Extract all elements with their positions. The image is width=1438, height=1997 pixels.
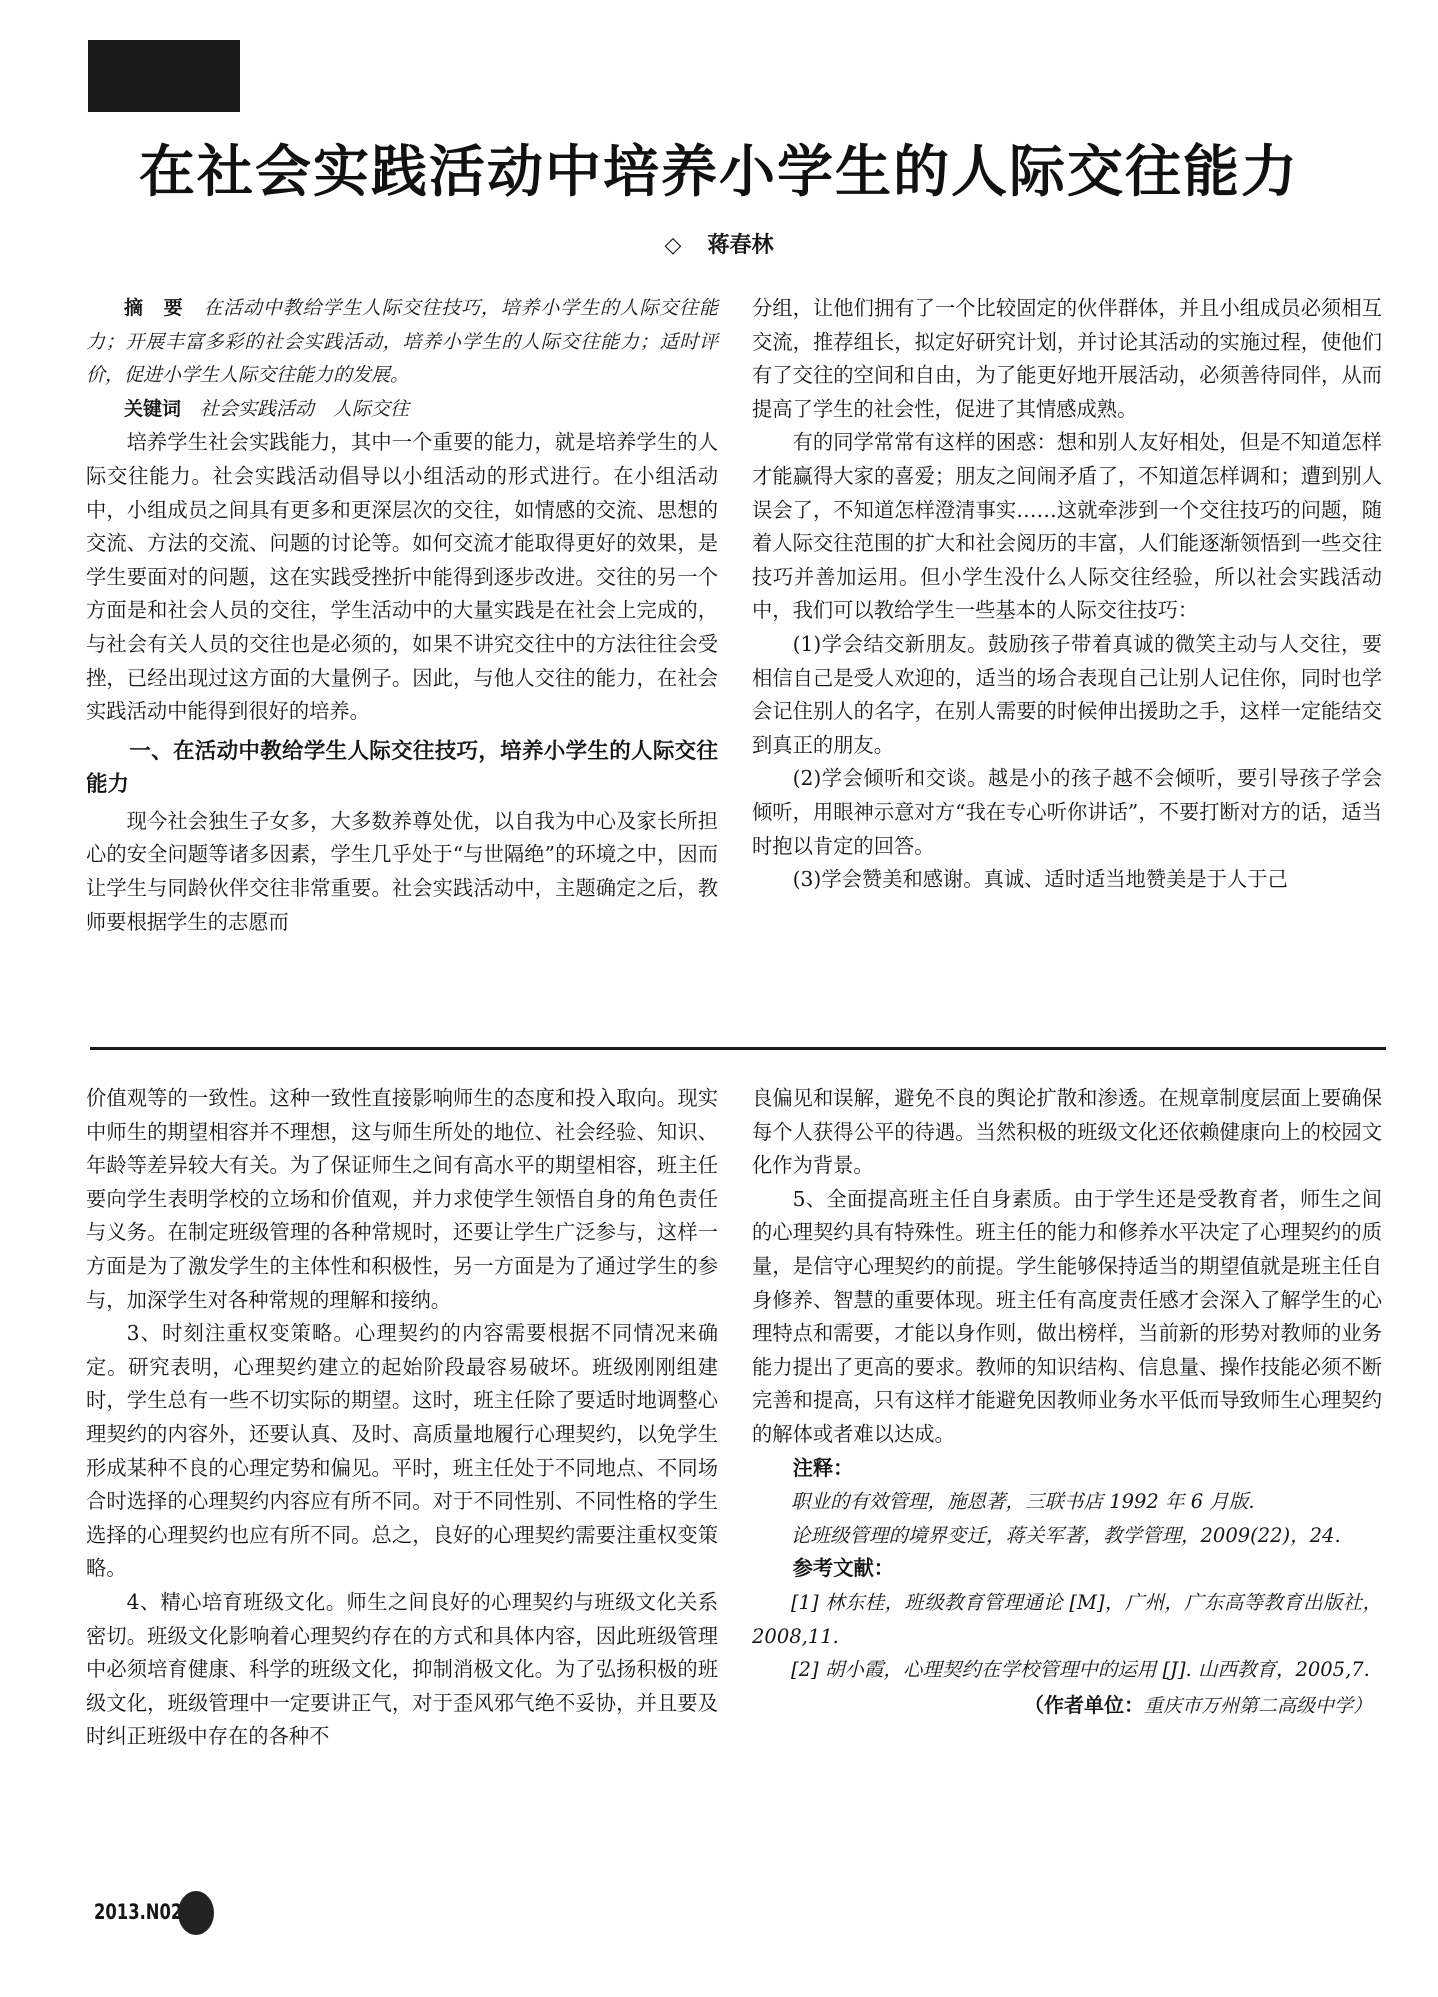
reference-item: [1] 林东桂，班级教育管理通论 [M]，广州，广东高等教育出版社，2008,1… — [752, 1586, 1382, 1653]
abstract: 摘 要 在活动中教给学生人际交往技巧，培养小学生的人际交往能力；开展丰富多彩的社… — [86, 292, 718, 393]
section1-paragraph: 现今社会独生子女多，大多数养尊处优，以自我为中心及家长所担心的安全问题等诸多因素… — [86, 805, 718, 939]
notes-label: 注释： — [752, 1452, 1382, 1486]
diamond-icon: ◇ — [665, 233, 682, 258]
keywords-text: 社会实践活动 人际交往 — [200, 398, 409, 420]
paragraph: 分组，让他们拥有了一个比较固定的伙伴群体，并且小组成员必须相互交流，推荐组长，拟… — [752, 292, 1382, 426]
paragraph: 3、时刻注重权变策略。心理契约的内容需要根据不同情况来确定。研究表明，心理契约建… — [86, 1317, 718, 1586]
references-label: 参考文献： — [752, 1552, 1382, 1586]
paragraph: 5、全面提高班主任自身素质。由于学生还是受教育者，师生之间的心理契约具有特殊性。… — [752, 1183, 1382, 1452]
section-heading-1: 一、在活动中教给学生人际交往技巧，培养小学生的人际交往能力 — [86, 735, 718, 801]
paragraph: (1)学会结交新朋友。鼓励孩子带着真诚的微笑主动与人交往，要相信自己是受人欢迎的… — [752, 628, 1382, 762]
author-line: ◇蒋春林 — [0, 228, 1438, 259]
column-bottom-right: 良偏见和误解，避免不良的舆论扩散和渗透。在规章制度层面上要确保每个人获得公平的待… — [752, 1082, 1382, 1723]
section-marker-block — [88, 40, 240, 112]
column-top-right: 分组，让他们拥有了一个比较固定的伙伴群体，并且小组成员必须相互交流，推荐组长，拟… — [752, 292, 1382, 897]
note-item: 职业的有效管理，施恩著，三联书店 1992 年 6 月版. — [752, 1485, 1382, 1519]
paragraph: (3)学会赞美和感谢。真诚、适时适当地赞美是于人于己 — [752, 863, 1382, 897]
author-name: 蒋春林 — [707, 233, 773, 258]
keywords: 关键词 社会实践活动 人际交往 — [86, 393, 718, 427]
page-number-dot — [178, 1891, 214, 1935]
paragraph: 4、精心培育班级文化。师生之间良好的心理契约与班级文化关系密切。班级文化影响着心… — [86, 1586, 718, 1754]
intro-paragraph: 培养学生社会实践能力，其中一个重要的能力，就是培养学生的人际交往能力。社会实践活… — [86, 426, 718, 728]
abstract-label: 摘 要 — [124, 297, 183, 319]
column-bottom-left: 价值观等的一致性。这种一致性直接影响师生的态度和投入取向。现实中师生的期望相容并… — [86, 1082, 718, 1754]
paragraph: (2)学会倾听和交谈。越是小的孩子越不会倾听，要引导孩子学会倾听，用眼神示意对方… — [752, 762, 1382, 863]
paragraph: 价值观等的一致性。这种一致性直接影响师生的态度和投入取向。现实中师生的期望相容并… — [86, 1082, 718, 1317]
paragraph: 良偏见和误解，避免不良的舆论扩散和渗透。在规章制度层面上要确保每个人获得公平的待… — [752, 1082, 1382, 1183]
author-affiliation: （作者单位：重庆市万州第二高级中学） — [752, 1689, 1382, 1724]
column-top-left: 摘 要 在活动中教给学生人际交往技巧，培养小学生的人际交往能力；开展丰富多彩的社… — [86, 292, 718, 939]
section-divider — [90, 1047, 1386, 1050]
keywords-label: 关键词 — [124, 398, 181, 420]
reference-item: [2] 胡小霞，心理契约在学校管理中的运用 [J]. 山西教育，2005,7. — [752, 1653, 1382, 1687]
note-item: 论班级管理的境界变迁，蒋关军著，教学管理，2009(22)，24. — [752, 1519, 1382, 1553]
paragraph: 有的同学常常有这样的困惑：想和别人友好相处，但是不知道怎样才能赢得大家的喜爱；朋… — [752, 426, 1382, 628]
article-title: 在社会实践活动中培养小学生的人际交往能力 — [0, 128, 1438, 208]
issue-number: 2013.N02 — [94, 1900, 182, 1924]
